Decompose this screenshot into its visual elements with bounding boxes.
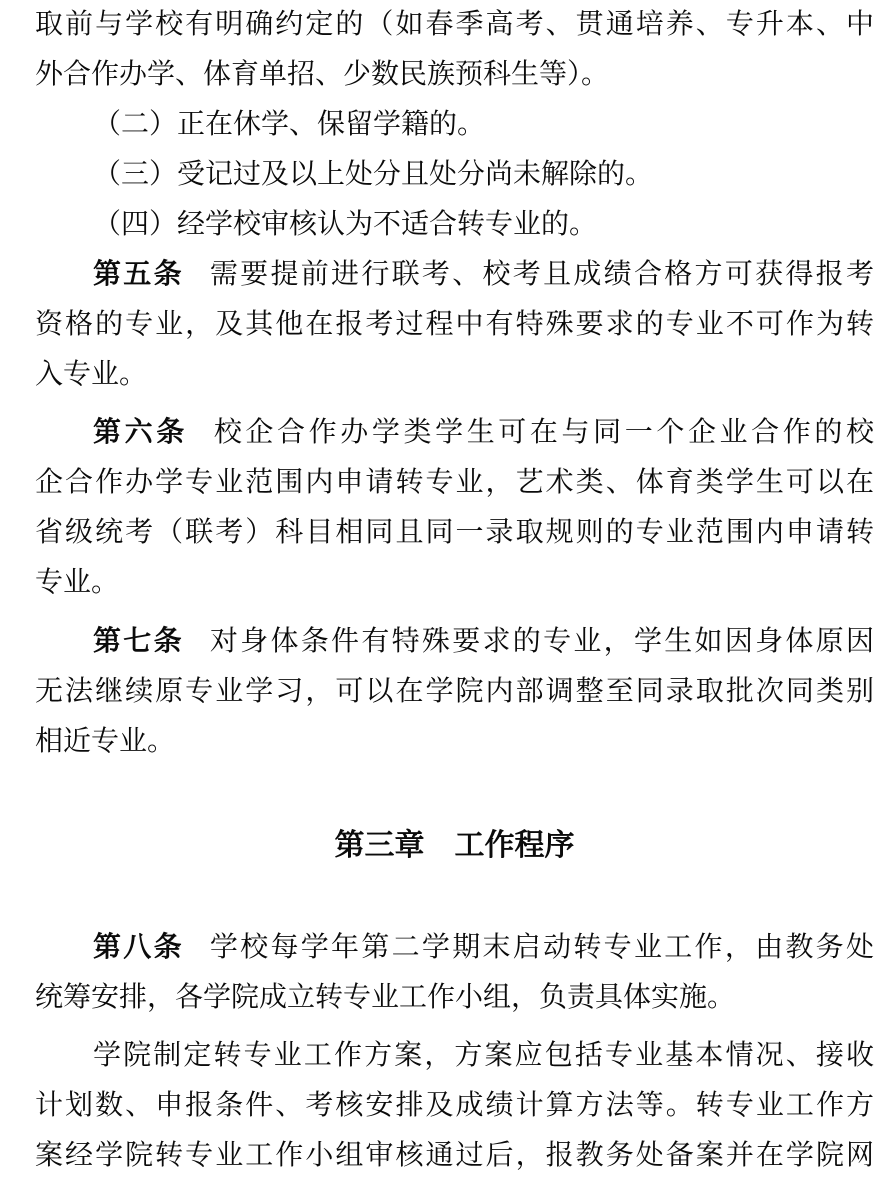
list-item-2: （二）正在休学、保留学籍的。 (35, 100, 874, 150)
paragraph-work-plan: 学院制定转专业工作方案，方案应包括专业基本情况、接收 计划数、申报条件、考核安排… (35, 1031, 874, 1181)
list-item-4: （四）经学校审核认为不适合转专业的。 (35, 200, 874, 250)
text-line: 第六条校企合作办学类学生可在与同一个企业合作的校 (35, 408, 874, 458)
text-line: 企合作办学专业范围内申请转专业，艺术类、体育类学生可以在 (35, 458, 874, 508)
text-line: 资格的专业，及其他在报考过程中有特殊要求的专业不可作为转 (35, 300, 874, 350)
article-6: 第六条校企合作办学类学生可在与同一个企业合作的校 企合作办学专业范围内申请转专业… (35, 408, 874, 608)
text-line: 学院制定转专业工作方案，方案应包括专业基本情况、接收 (35, 1031, 874, 1081)
text-line: 第五条需要提前进行联考、校考且成绩合格方可获得报考 (35, 250, 874, 300)
text-line: 省级统考（联考）科目相同且同一录取规则的专业范围内申请转 (35, 508, 874, 558)
article-label: 第六条 (93, 417, 188, 448)
article-7: 第七条对身体条件有特殊要求的专业，学生如因身体原因 无法继续原专业学习，可以在学… (35, 617, 874, 767)
text-line: 专业。 (35, 558, 874, 608)
article-text: 校企合作办学类学生可在与同一个企业合作的校 (214, 417, 874, 448)
article-8: 第八条学校每学年第二学期末启动转专业工作，由教务处 统筹安排，各学院成立转专业工… (35, 923, 874, 1023)
text-line: （三）受记过及以上处分且处分尚未解除的。 (35, 150, 874, 200)
chapter-heading: 第三章 工作程序 (35, 821, 874, 871)
text-line: 案经学院转专业工作小组审核通过后，报教务处备案并在学院网 (35, 1131, 874, 1181)
article-text: 需要提前进行联考、校考且成绩合格方可获得报考 (210, 259, 874, 290)
text-line: 相近专业。 (35, 717, 874, 767)
article-text: 学校每学年第二学期末启动转专业工作，由教务处 (210, 932, 874, 963)
text-line: 无法继续原专业学习，可以在学院内部调整至同录取批次同类别 (35, 667, 874, 717)
article-label: 第八条 (93, 932, 184, 963)
article-label: 第五条 (93, 259, 184, 290)
text-line: （二）正在休学、保留学籍的。 (35, 100, 874, 150)
document-page: 取前与学校有明确约定的（如春季高考、贯通培养、专升本、中 外合作办学、体育单招、… (0, 0, 894, 1184)
article-text: 对身体条件有特殊要求的专业，学生如因身体原因 (210, 626, 874, 657)
paragraph-continuation: 取前与学校有明确约定的（如春季高考、贯通培养、专升本、中 外合作办学、体育单招、… (35, 0, 874, 100)
text-line: 第七条对身体条件有特殊要求的专业，学生如因身体原因 (35, 617, 874, 667)
article-5: 第五条需要提前进行联考、校考且成绩合格方可获得报考 资格的专业，及其他在报考过程… (35, 250, 874, 400)
text-line: 统筹安排，各学院成立转专业工作小组，负责具体实施。 (35, 973, 874, 1023)
text-line: （四）经学校审核认为不适合转专业的。 (35, 200, 874, 250)
text-line: 第八条学校每学年第二学期末启动转专业工作，由教务处 (35, 923, 874, 973)
list-item-3: （三）受记过及以上处分且处分尚未解除的。 (35, 150, 874, 200)
text-line: 外合作办学、体育单招、少数民族预科生等）。 (35, 50, 874, 100)
text-line: 取前与学校有明确约定的（如春季高考、贯通培养、专升本、中 (35, 0, 874, 50)
text-line: 计划数、申报条件、考核安排及成绩计算方法等。转专业工作方 (35, 1081, 874, 1131)
text-line: 入专业。 (35, 350, 874, 400)
article-label: 第七条 (93, 626, 184, 657)
